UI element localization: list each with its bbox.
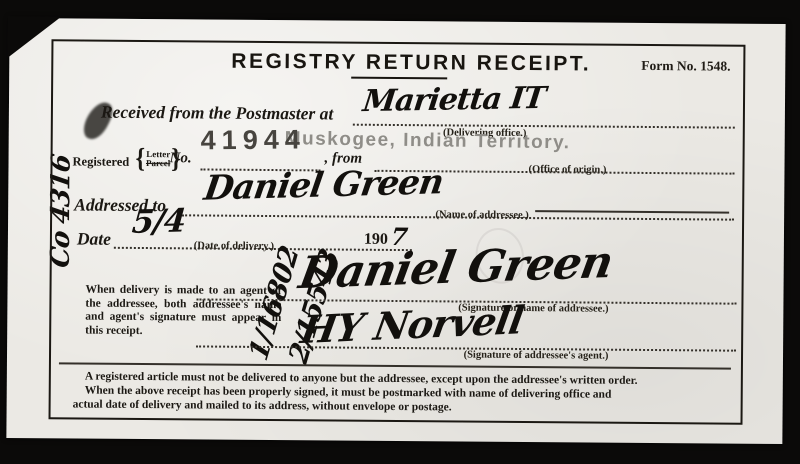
brace-open: { [135,145,145,173]
agent-signature-caption: (Signature of addressee's agent.) [411,349,661,362]
form-border-box: REGISTRY RETURN RECEIPT. Form No. 1548. … [49,39,746,424]
delivering-office-handwritten: Marietta IT [361,81,547,119]
parcel-option: Parcel [146,159,170,168]
footer-divider [59,362,731,369]
title-underline [351,77,447,80]
addressee-caption: (Name of addressee.) [392,209,572,221]
form-title: REGISTRY RETURN RECEIPT. [231,50,591,77]
form-number: Form No. 1548. [641,58,730,75]
office-of-origin-caption: (Office of origin.) [484,164,650,176]
received-label: Received from the Postmaster at [101,102,333,125]
scanned-receipt-paper: Co 4316 REGISTRY RETURN RECEIPT. Form No… [6,18,785,444]
footer-line-3: actual date of delivery and mailed to it… [73,397,452,414]
registry-number-stamp: 41944 [201,124,306,156]
no-label: No. [169,150,191,167]
date-label: Date [77,228,111,249]
registered-label: Registered [72,154,129,169]
